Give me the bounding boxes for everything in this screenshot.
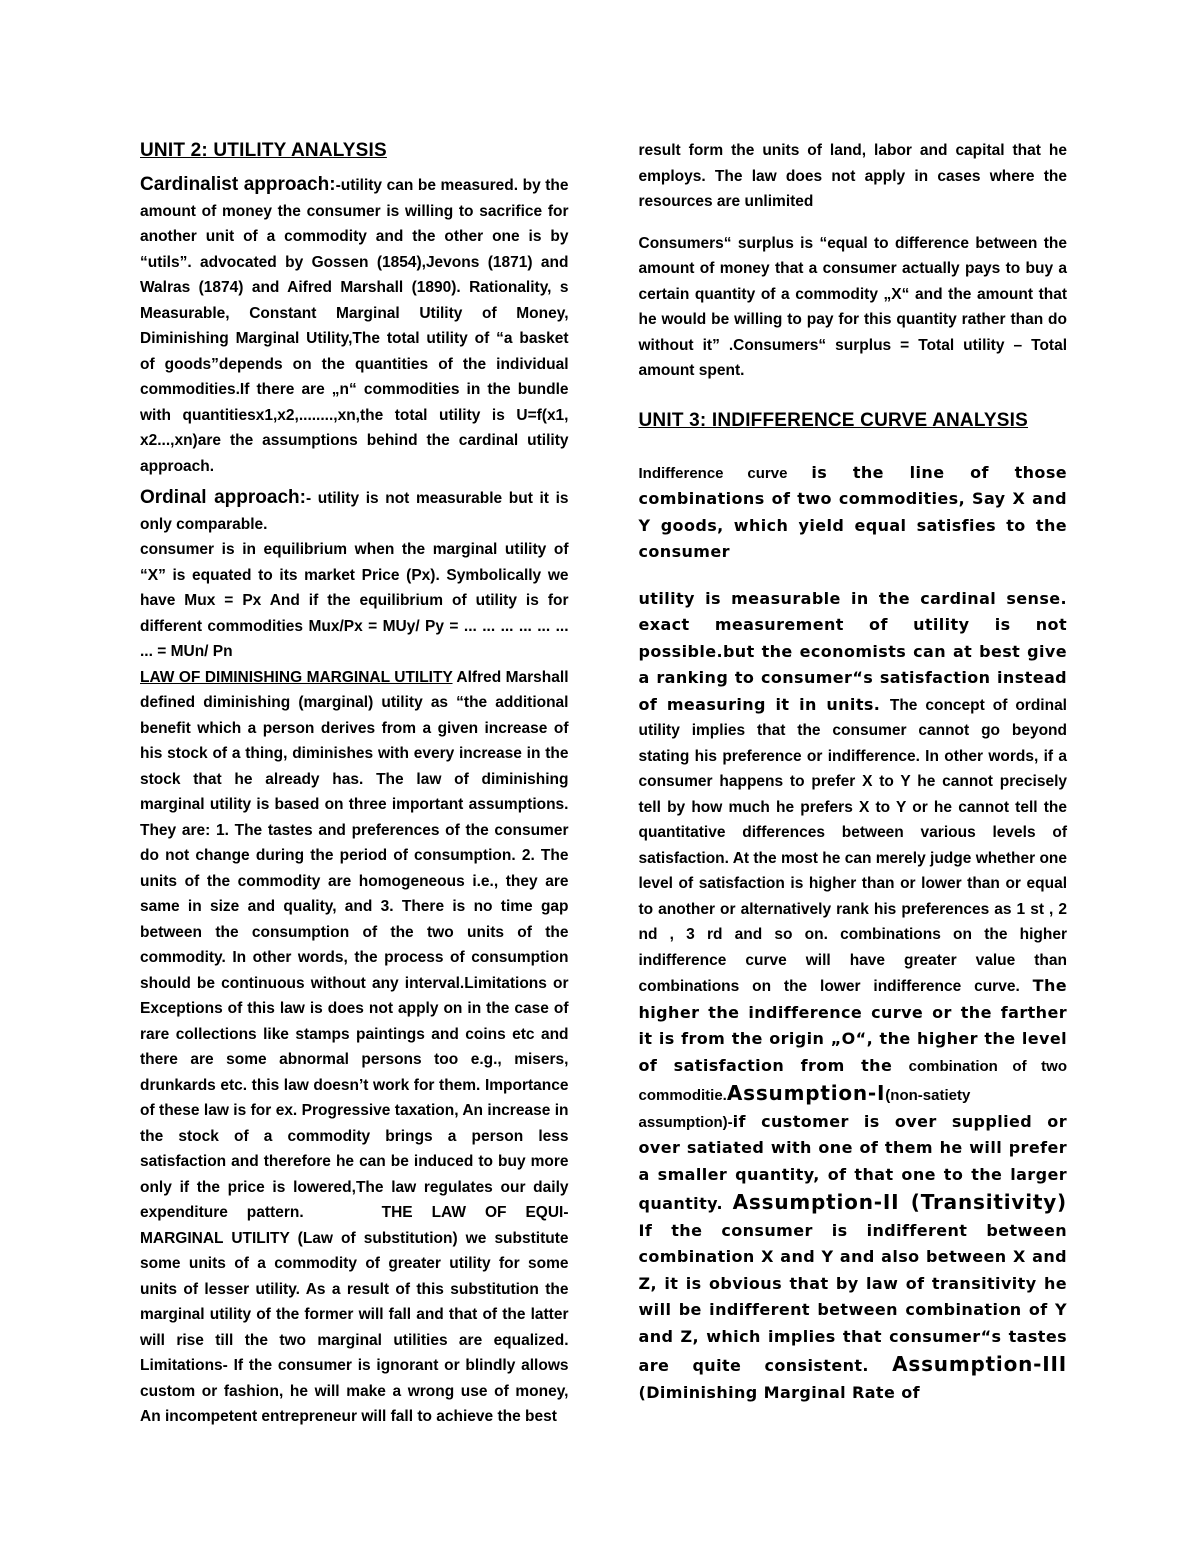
text-run-heading: UNIT 3: INDIFFERENCE CURVE ANALYSIS [639, 410, 1029, 431]
document-page: UNIT 2: UTILITY ANALYSISCardinalist appr… [0, 0, 1200, 1553]
law-of-diminishing-marginal-utility-paragraph: LAW OF DIMINISHING MARGINAL UTILITY Alfr… [140, 665, 569, 1430]
two-column-layout: UNIT 2: UTILITY ANALYSISCardinalist appr… [0, 0, 1200, 1430]
text-run-body: consumer is in equilibrium when the marg… [140, 541, 569, 660]
text-run-body: result form the units of land, labor and… [639, 142, 1068, 210]
text-run-heading: UNIT 2: UTILITY ANALYSIS [140, 140, 387, 161]
text-run-body: The concept of ordinal utility implies t… [639, 697, 1068, 996]
left-column: UNIT 2: UTILITY ANALYSISCardinalist appr… [140, 138, 569, 1430]
text-run-lead: Cardinalist approach: [140, 174, 336, 195]
text-run-wide-xl: Assumption-III [892, 1352, 1067, 1376]
text-run-body: THE LAW OF EQUI-MARGINAL UTILITY (Law of… [140, 1204, 569, 1425]
unit3-heading: UNIT 3: INDIFFERENCE CURVE ANALYSIS [639, 408, 1068, 434]
text-run-lead: Ordinal approach: [140, 487, 306, 508]
ordinal-utility-and-assumptions-paragraph: utility is measurable in the cardinal se… [639, 586, 1068, 1407]
text-run-wide: (Diminishing Marginal Rate of [639, 1383, 920, 1402]
text-run-wide-xl: Assumption-II (Transitivity) [733, 1190, 1067, 1214]
right-column: result form the units of land, labor and… [639, 138, 1068, 1430]
consumers-surplus-paragraph: Consumers“ surplus is “equal to differen… [639, 231, 1068, 384]
indifference-curve-definition-paragraph: Indifference curve is the line of those … [639, 460, 1068, 566]
land-labor-capital-paragraph: result form the units of land, labor and… [639, 138, 1068, 215]
unit2-heading: UNIT 2: UTILITY ANALYSIS [140, 138, 569, 164]
text-run-body-sm: Indifference curve [639, 465, 812, 482]
ordinal-approach-paragraph: Ordinal approach:- utility is not measur… [140, 485, 569, 537]
text-run-body: -utility can be measured. by the amount … [140, 177, 569, 475]
cardinalist-approach-paragraph: Cardinalist approach:-utility can be mea… [140, 172, 569, 479]
text-run-wide: utility is measurable in the cardinal se… [639, 589, 1068, 714]
text-run-wide-xl: Assumption-I [727, 1081, 885, 1105]
text-run-body: Alfred Marshall defined diminishing (mar… [140, 669, 569, 1222]
text-run-body: Consumers“ surplus is “equal to differen… [639, 235, 1068, 380]
text-run-underline-bold: LAW OF DIMINISHING MARGINAL UTILITY [140, 669, 453, 686]
equilibrium-paragraph: consumer is in equilibrium when the marg… [140, 537, 569, 665]
